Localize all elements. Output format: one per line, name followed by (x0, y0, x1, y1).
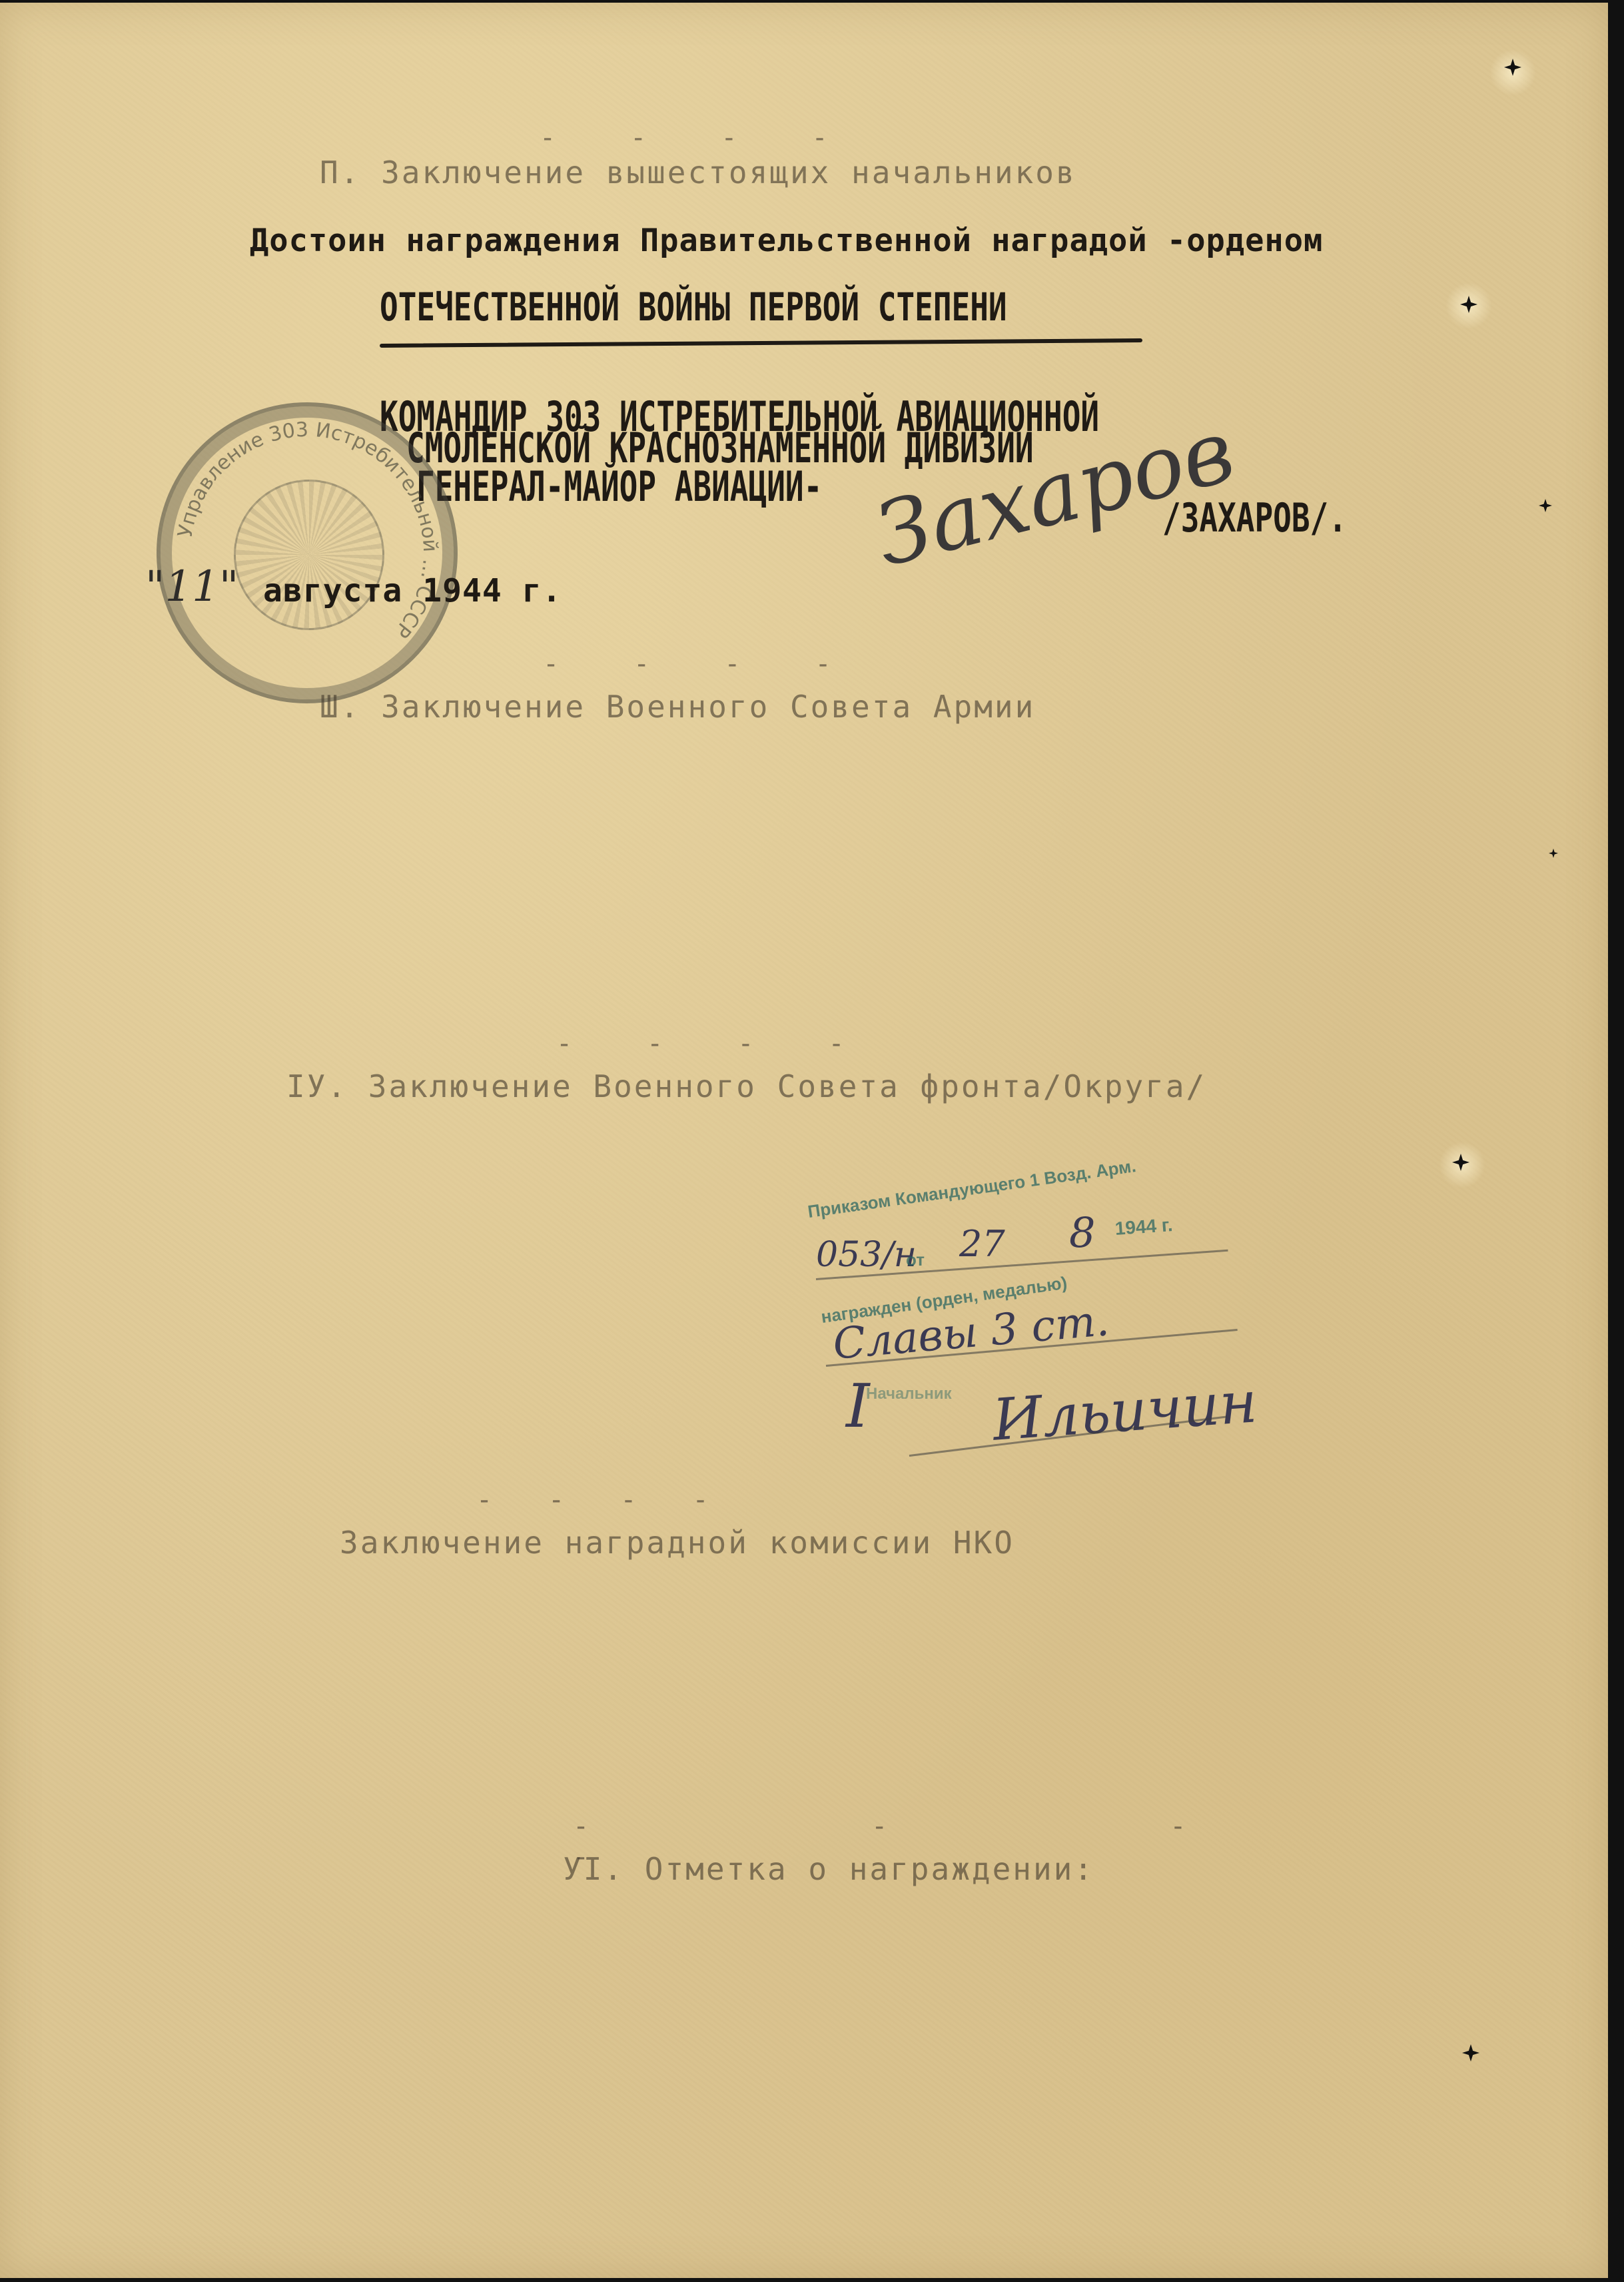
order-day: 27 (959, 1223, 1005, 1265)
order-month: 8 (1069, 1208, 1095, 1257)
separator-dashes: - - - - (543, 649, 861, 679)
award-name-underline (380, 338, 1142, 348)
document-page: - - - - П. Заключение вышестоящих началь… (0, 3, 1608, 2278)
date-month-year: августа 1944 г. (263, 572, 562, 609)
order-year: 1944 г. (1114, 1214, 1174, 1240)
separator-dashes: - - - - (540, 123, 857, 153)
order-from-label: от (906, 1250, 925, 1270)
separator-dashes: - - - - (556, 1028, 874, 1059)
date-day: "11" (145, 562, 238, 611)
chief-initial: I (846, 1371, 870, 1441)
punch-hole-icon (1462, 2044, 1479, 2062)
section-6-heading: УI. Отметка о награждении: (563, 1851, 1094, 1887)
section-5-heading: Заключение наградной комиссии НКО (340, 1525, 1015, 1561)
separator-dashes: - - - - (476, 1485, 729, 1515)
chief-label: Начальник (866, 1385, 952, 1403)
official-seal: Управление 303 Истребительной ... СССР (157, 402, 458, 703)
signatory-rank: ГЕНЕРАЛ-МАЙОР АВИАЦИИ- (416, 462, 822, 511)
award-name: ОТЕЧЕСТВЕННОЙ ВОЙНЫ ПЕРВОЙ СТЕПЕНИ (380, 284, 1007, 330)
award-conclusion-line1: Достоин награждения Правительственной на… (250, 222, 1323, 259)
signatory-name: /ЗАХАРОВ/. (1162, 494, 1347, 541)
section-3-heading: Ш. Заключение Военного Совета Армии (320, 689, 1035, 725)
order-number: 053/н (816, 1235, 917, 1275)
punch-hole-icon (1539, 499, 1552, 512)
section-2-heading: П. Заключение вышестоящих начальников (320, 155, 1076, 190)
section-4-heading: IУ. Заключение Военного Совета фронта/Ок… (286, 1068, 1206, 1104)
punch-hole-icon (1549, 849, 1558, 858)
